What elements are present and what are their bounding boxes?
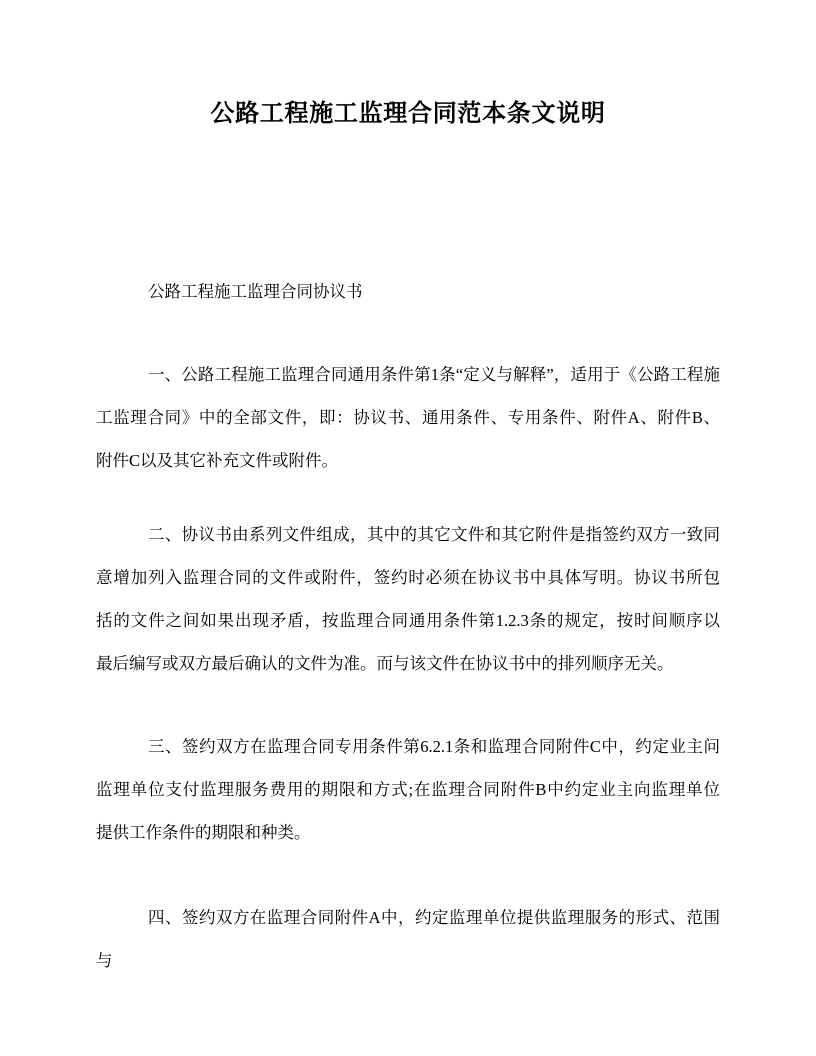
document-page: 公路工程施工监理合同范本条文说明 公路工程施工监理合同协议书 一、公路工程施工监… — [0, 0, 816, 1056]
text-line: 意增加列入监理合同的文件或附件，签约时必须在协议书中具体写明。协议书所包 — [96, 556, 720, 599]
text-line: 一、公路工程施工监理合同通用条件第1条“定义与解释”，适用于《公路工程施 — [96, 353, 720, 396]
text-line: 三、签约双方在监理合同专用条件第6.2.1条和监理合同附件C中，约定业主问 — [96, 725, 720, 768]
text-line: 最后编写或双方最后确认的文件为准。而与该文件在协议书中的排列顺序无关。 — [96, 642, 720, 685]
text-line: 监理单位支付监理服务费用的期限和方式;在监理合同附件B中约定业主向监理单位 — [96, 768, 720, 811]
text-line: 二、协议书由系列文件组成，其中的其它文件和其它附件是指签约双方一致同 — [96, 513, 720, 556]
text-line: 工监理合同》中的全部文件，即：协议书、通用条件、专用条件、附件A、附件B、 — [96, 396, 720, 439]
text-line: 四、签约双方在监理合同附件A中，约定监理单位提供监理服务的形式、范围与 — [96, 896, 720, 982]
paragraph-1: 一、公路工程施工监理合同通用条件第1条“定义与解释”，适用于《公路工程施 工监理… — [96, 353, 720, 482]
paragraph-4: 四、签约双方在监理合同附件A中，约定监理单位提供监理服务的形式、范围与 — [96, 896, 720, 982]
text-line: 括的文件之间如果出现矛盾，按监理合同通用条件第1.2.3条的规定，按时间顺序以 — [96, 599, 720, 642]
text-line: 提供工作条件的期限和种类。 — [96, 811, 720, 854]
document-title: 公路工程施工监理合同范本条文说明 — [96, 97, 720, 131]
document-subtitle: 公路工程施工监理合同协议书 — [96, 270, 720, 313]
text-line: 附件C以及其它补充文件或附件。 — [96, 439, 720, 482]
paragraph-3: 三、签约双方在监理合同专用条件第6.2.1条和监理合同附件C中，约定业主问 监理… — [96, 725, 720, 854]
paragraph-2: 二、协议书由系列文件组成，其中的其它文件和其它附件是指签约双方一致同 意增加列入… — [96, 513, 720, 685]
